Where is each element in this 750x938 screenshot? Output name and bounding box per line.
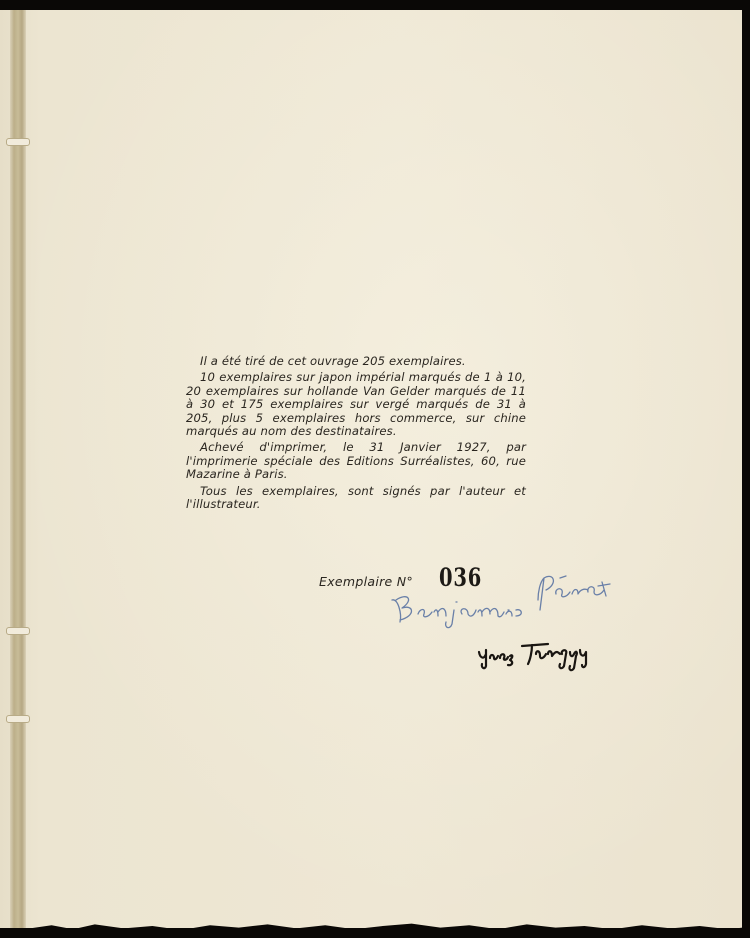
edition-details: 10 exemplaires sur japon impérial marqué… — [186, 371, 526, 438]
signature-benjamin-peret — [388, 570, 618, 632]
printing-details: Achevé d'imprimer, le 31 Janvier 1927, p… — [186, 441, 526, 481]
binding-spine — [10, 10, 26, 928]
signature-yves-tanguy — [476, 638, 596, 674]
binding-thread — [6, 715, 30, 723]
print-run-statement: Il a été tiré de cet ouvrage 205 exempla… — [186, 355, 526, 368]
signature-statement: Tous les exemplaires, sont signés par l'… — [186, 485, 526, 512]
book-page: Il a été tiré de cet ouvrage 205 exempla… — [0, 10, 742, 928]
colophon-text: Il a été tiré de cet ouvrage 205 exempla… — [186, 355, 526, 514]
binding-thread — [6, 138, 30, 146]
binding-thread — [6, 627, 30, 635]
